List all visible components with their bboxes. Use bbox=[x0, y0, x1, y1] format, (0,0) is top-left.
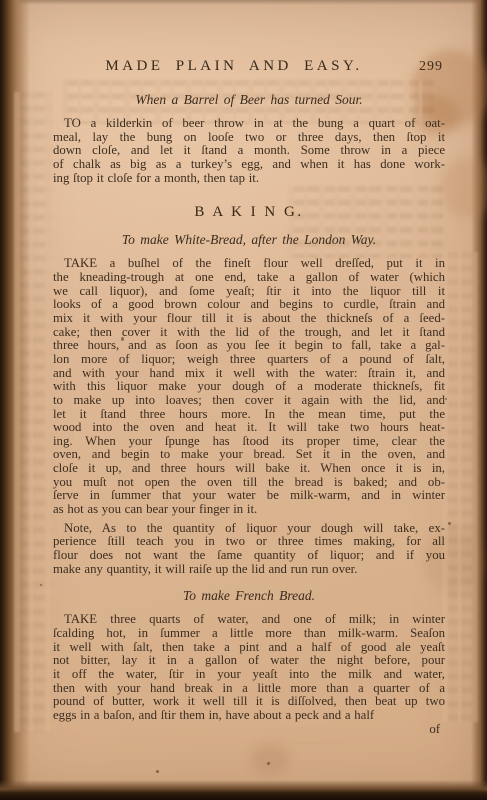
text-line: it well with ſalt, then take a pint and … bbox=[53, 641, 445, 655]
page-edge-top bbox=[0, 0, 487, 5]
page-body: When a Barrel of Beer has turned Sour.TO… bbox=[53, 92, 445, 737]
text-line: ſcalding hot, in ſummer a little more th… bbox=[53, 627, 445, 641]
section-heading: B A K I N G. bbox=[53, 204, 445, 220]
ink-speck bbox=[156, 770, 159, 773]
text-line: cake; then cover it with the lid of the … bbox=[53, 326, 445, 340]
page-header: MADE PLAIN AND EASY. 299 bbox=[53, 58, 445, 76]
text-line: mix it with your flour till it is about … bbox=[53, 312, 445, 326]
ink-bleedthrough bbox=[14, 92, 52, 732]
text-line: looks of a good brown colour and begins … bbox=[53, 298, 445, 312]
recipe-paragraph: TAKE three quarts of water, and one of m… bbox=[53, 613, 445, 722]
page-edge-bottom bbox=[0, 780, 487, 800]
recipe-paragraph: TO a kilderkin of beer throw in at the b… bbox=[53, 117, 445, 185]
text-line: meal, lay the bung on looſe two or three… bbox=[53, 131, 445, 145]
recipe-paragraph: TAKE a buſhel of the fineſt flour well d… bbox=[53, 257, 445, 516]
recipe-heading: To make French Bread. bbox=[53, 588, 445, 604]
text-line: let it ſtand three hours more. In the me… bbox=[53, 408, 445, 422]
text-line: TAKE a buſhel of the fineſt flour well d… bbox=[53, 257, 445, 271]
text-line: the kneading-trough at one end, take a g… bbox=[53, 271, 445, 285]
paper-stain bbox=[250, 744, 290, 774]
ink-bleedthrough bbox=[442, 252, 478, 722]
page-number: 299 bbox=[419, 59, 443, 75]
ink-speck bbox=[445, 398, 447, 400]
note-paragraph: Note, As to the quantity of liquor your … bbox=[53, 522, 445, 577]
text-line: down cloſe, and let it ſtand a month. So… bbox=[53, 144, 445, 158]
ink-speck bbox=[267, 762, 270, 765]
ink-speck bbox=[40, 584, 42, 586]
text-line: TAKE three quarts of water, and one of m… bbox=[53, 613, 445, 627]
text-line: flour does not want the ſame quantity of… bbox=[53, 549, 445, 563]
text-line: and with your hand mix it well with the … bbox=[53, 367, 445, 381]
ink-speck bbox=[448, 522, 451, 525]
binding-gutter-shadow bbox=[0, 0, 30, 800]
recipe-heading: To make White-Bread, after the London Wa… bbox=[53, 232, 445, 248]
text-line: cloſe it up, and three hours will bake i… bbox=[53, 462, 445, 476]
running-title: MADE PLAIN AND EASY. bbox=[53, 58, 445, 75]
text-line: you muſt not open the oven till the brea… bbox=[53, 476, 445, 490]
text-line: perience ſtill teach you in two or three… bbox=[53, 535, 445, 549]
text-line: it off the water, ſtir in your yeaſt int… bbox=[53, 668, 445, 682]
text-line: ſerve in ſummer that your water be milk-… bbox=[53, 489, 445, 503]
text-column: MADE PLAIN AND EASY. 299 When a Barrel o… bbox=[53, 58, 445, 737]
book-page-scan: MADE PLAIN AND EASY. 299 When a Barrel o… bbox=[0, 0, 487, 800]
text-line: as hot as you can bear your finger in it… bbox=[53, 503, 445, 517]
paper-stain bbox=[440, 158, 487, 218]
text-line: lon more of liquor; weigh three quarters… bbox=[53, 353, 445, 367]
text-line: of chalk as big as a turkey’s egg, and w… bbox=[53, 158, 445, 172]
text-line: wood into the oven and heat it. It will … bbox=[53, 421, 445, 435]
text-line: we call liquor), and ſome yeaſt; ſtir it… bbox=[53, 285, 445, 299]
text-line: then with your hand break in a little mo… bbox=[53, 682, 445, 696]
text-line: TO a kilderkin of beer throw in at the b… bbox=[53, 117, 445, 131]
text-line: make any quantity, it will raiſe up the … bbox=[53, 563, 445, 577]
text-line: three hours, and as ſoon as you ſee it b… bbox=[53, 339, 445, 353]
text-line: to make up into loaves; then cover it ag… bbox=[53, 394, 445, 408]
recipe-heading: When a Barrel of Beer has turned Sour. bbox=[53, 92, 445, 108]
catchword: of bbox=[53, 723, 445, 737]
text-line: ing ſtop it cloſe for a month, then tap … bbox=[53, 172, 445, 186]
text-line: eggs in a baſon, and ſtir them in, have … bbox=[53, 709, 445, 723]
page-edge-right bbox=[471, 0, 487, 800]
text-line: not bitter, lay it in a gallon of water … bbox=[53, 654, 445, 668]
text-line: pound of butter, work it well till it is… bbox=[53, 695, 445, 709]
text-line: oven, and begin to make your bread. Set … bbox=[53, 448, 445, 462]
text-line: with this liquor make your dough of a mo… bbox=[53, 380, 445, 394]
text-line: Note, As to the quantity of liquor your … bbox=[53, 522, 445, 536]
text-line: ing. When your ſpunge has ſtood its prop… bbox=[53, 435, 445, 449]
